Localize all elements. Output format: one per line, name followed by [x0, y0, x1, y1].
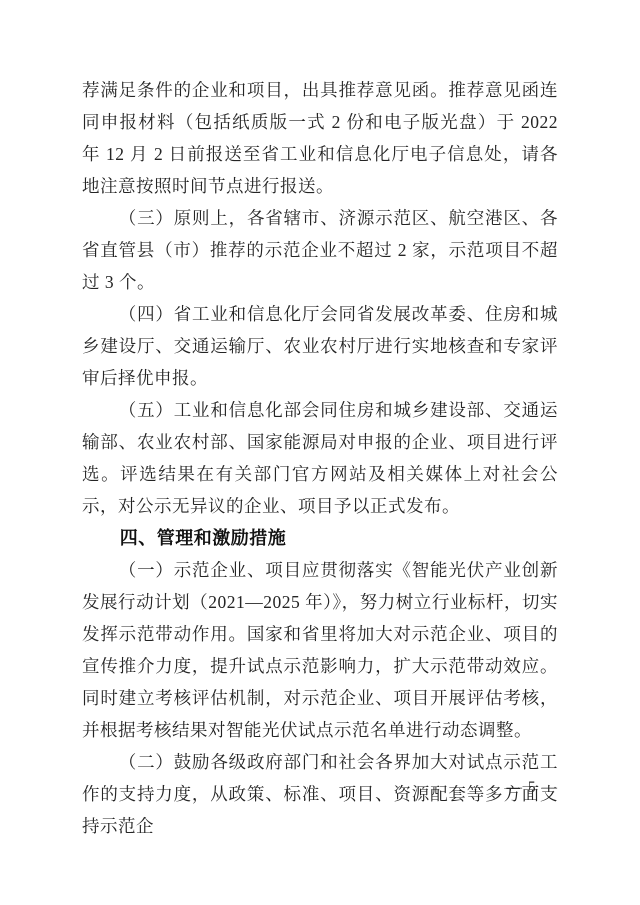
paragraph-continuation: 荐满足条件的企业和项目，出具推荐意见函。推荐意见函连同申报材料（包括纸质版一式 … — [82, 74, 558, 202]
paragraph-item-3: （三）原则上，各省辖市、济源示范区、航空港区、各省直管县（市）推荐的示范企业不超… — [82, 202, 558, 298]
paragraph-item-4: （四）省工业和信息化厅会同省发展改革委、住房和城乡建设厅、交通运输厅、农业农村厅… — [82, 298, 558, 394]
section-heading-management-incentives: 四、管理和激励措施 — [82, 522, 558, 554]
paragraph-item-4-1: （一）示范企业、项目应贯彻落实《智能光伏产业创新发展行动计划（2021—2025… — [82, 554, 558, 746]
page-number: — 5 — — [0, 779, 558, 797]
document-page: 荐满足条件的企业和项目，出具推荐意见函。推荐意见函连同申报材料（包括纸质版一式 … — [0, 0, 640, 905]
document-text-block: 荐满足条件的企业和项目，出具推荐意见函。推荐意见函连同申报材料（包括纸质版一式 … — [82, 74, 558, 842]
paragraph-item-5: （五）工业和信息化部会同住房和城乡建设部、交通运输部、农业农村部、国家能源局对申… — [82, 394, 558, 522]
